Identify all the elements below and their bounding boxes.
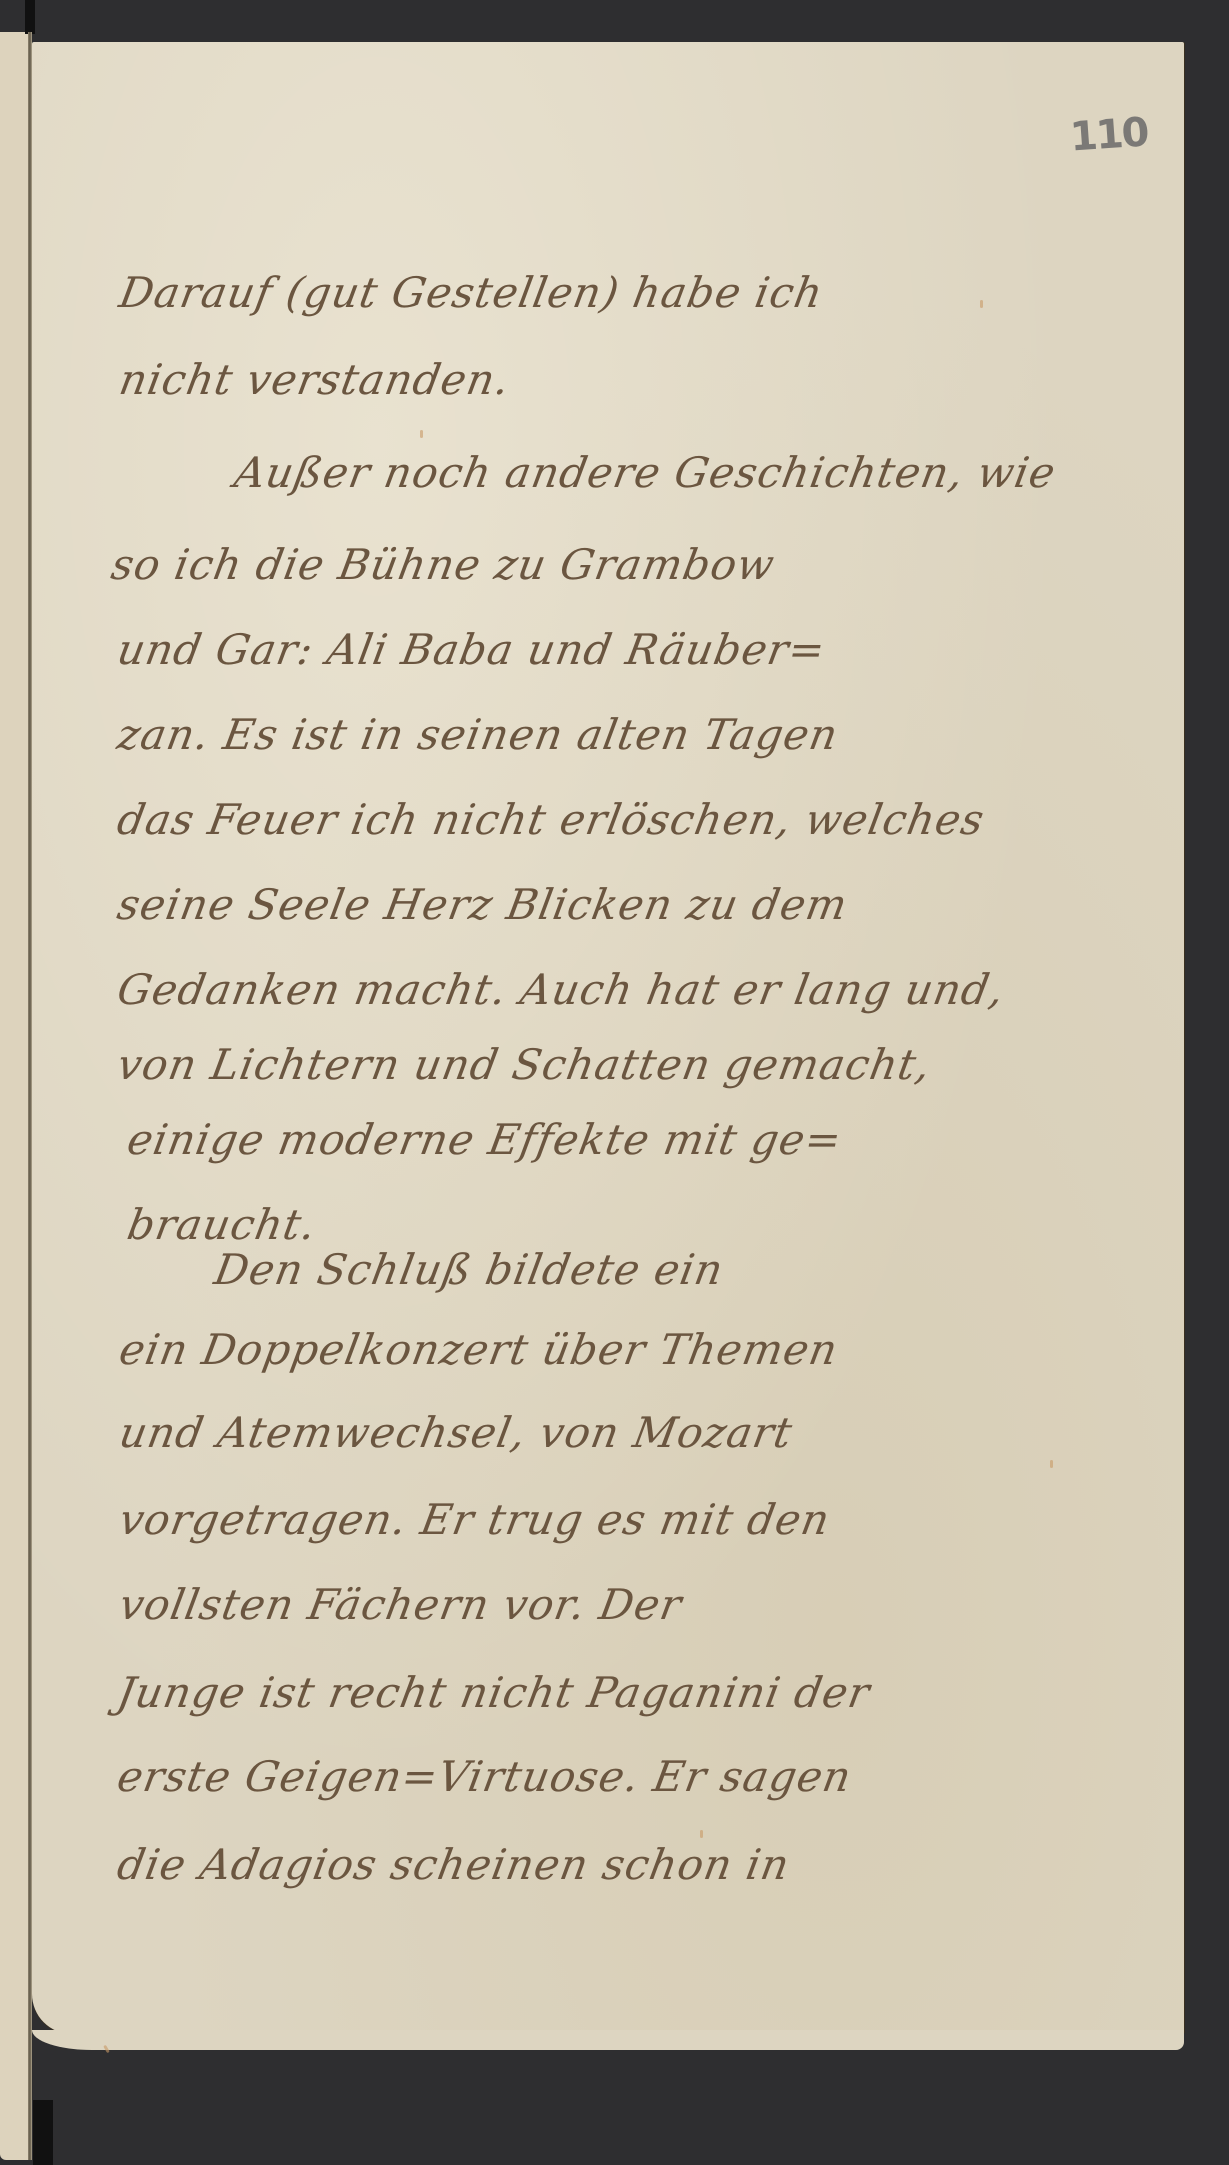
text-line: Den Schluß bildete ein [211, 1245, 728, 1294]
text-line: Junge ist recht nicht Paganini der [114, 1668, 874, 1717]
text-line: von Lichtern und Schatten gemacht, [114, 1040, 935, 1089]
text-line: braucht. [124, 1200, 320, 1249]
text-line: nicht verstanden. [116, 355, 514, 404]
manuscript-page [32, 42, 1184, 2034]
text-line: die Adagios scheinen schon in [114, 1840, 794, 1889]
page-bottom-edge [32, 2030, 1184, 2050]
text-line: erste Geigen=Virtuose. Er sagen [114, 1752, 856, 1801]
binding-gap-bottom [33, 2100, 53, 2165]
text-line: Darauf (gut Gestellen) habe ich [116, 268, 827, 317]
text-line: vorgetragen. Er trug es mit den [116, 1495, 834, 1544]
paper-fleck [700, 1830, 703, 1838]
left-page-edge [0, 32, 30, 2160]
text-line: seine Seele Herz Blicken zu dem [114, 880, 852, 929]
text-line: und Gar: Ali Baba und Räuber= [114, 625, 830, 674]
paper-fleck [1050, 1460, 1053, 1468]
text-line: vollsten Fächern vor. Der [116, 1580, 686, 1629]
text-line: das Feuer ich nicht erlöschen, welches [114, 795, 989, 844]
binding-gap-top [25, 0, 35, 34]
page-number: 110 [1068, 109, 1149, 160]
text-line: Außer noch andere Geschichten, wie [231, 448, 1060, 497]
text-line: so ich die Bühne zu Grambow [108, 540, 779, 589]
text-line: ein Doppelkonzert über Themen [116, 1325, 842, 1374]
text-line: einige moderne Effekte mit ge= [124, 1115, 846, 1164]
paper-fleck [980, 300, 983, 308]
text-line: und Atemwechsel, von Mozart [116, 1408, 797, 1457]
text-line: zan. Es ist in seinen alten Tagen [114, 710, 843, 759]
paper-fleck [420, 430, 423, 438]
text-line: Gedanken macht. Auch hat er lang und, [114, 965, 1009, 1014]
